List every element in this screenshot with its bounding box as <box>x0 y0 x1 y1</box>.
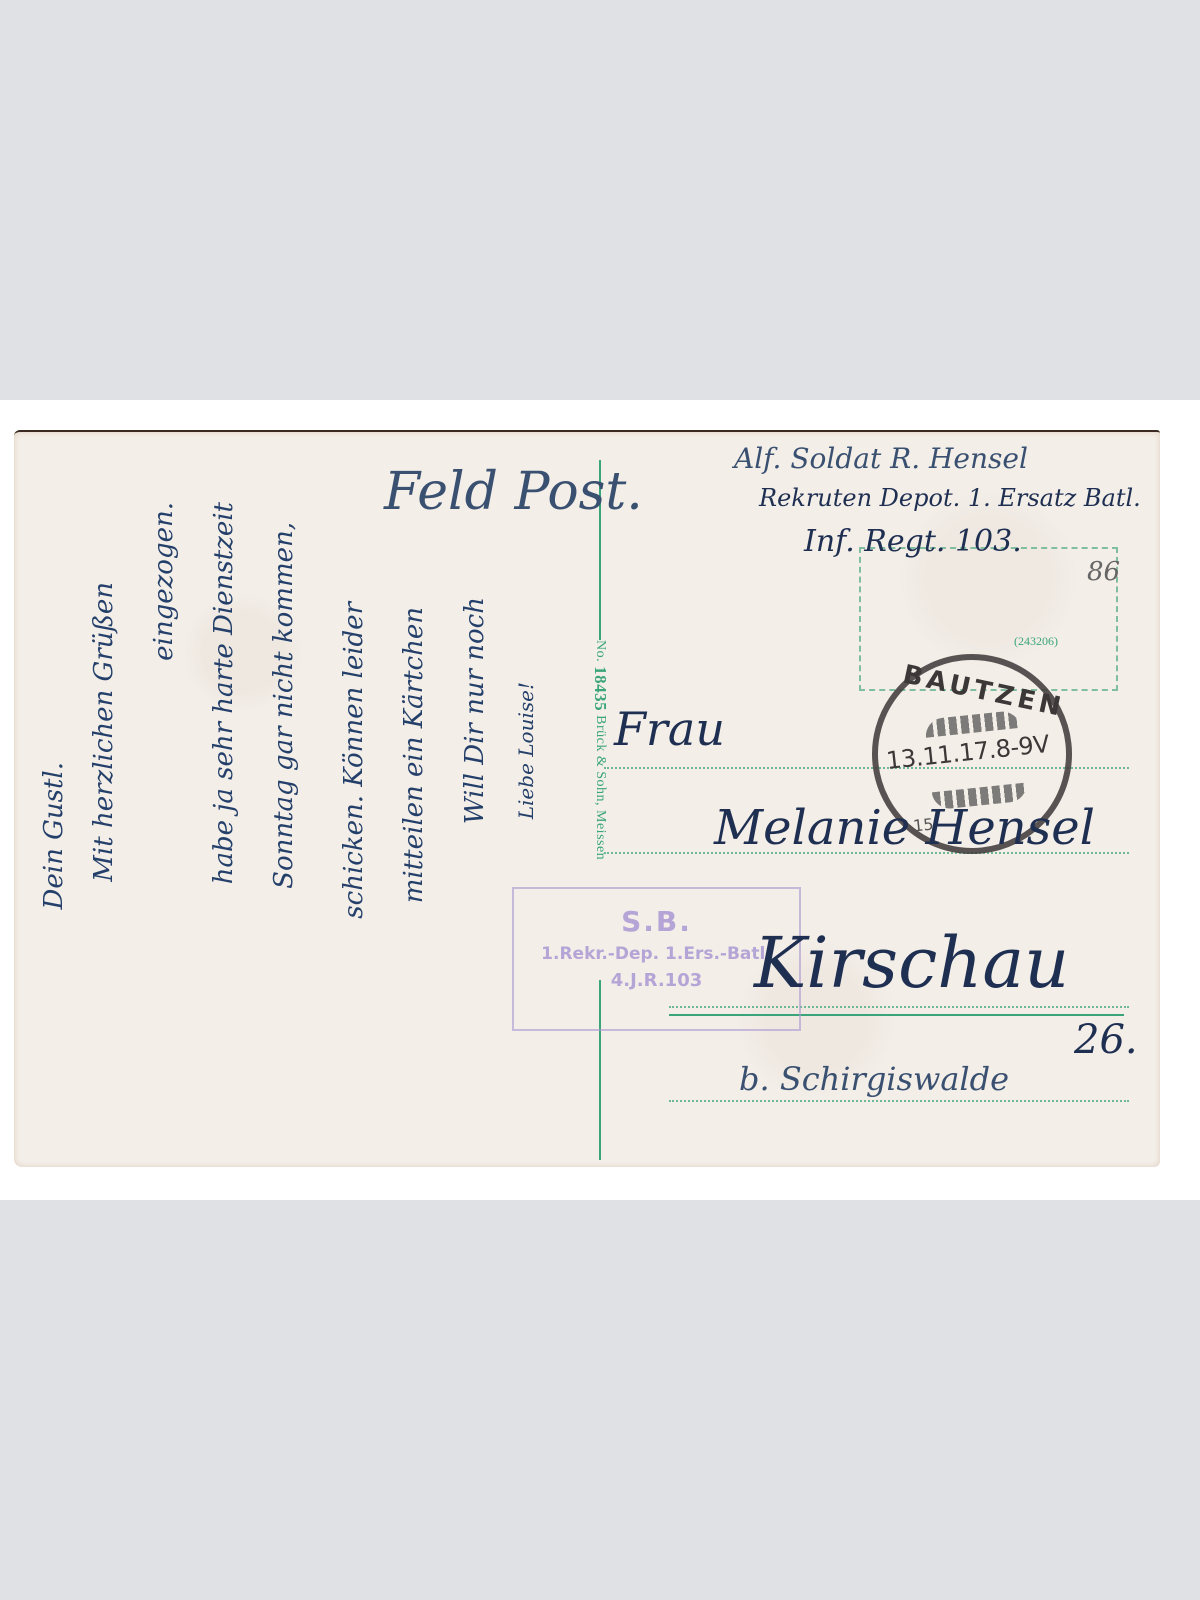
postcard: No. 18435 Brück & Sohn, Meissen (243206)… <box>14 430 1160 1167</box>
recipient-house-number: 26. <box>1074 1017 1138 1063</box>
message-column-4: schicken. Können leider <box>339 602 369 919</box>
pencil-note: 86 <box>1087 557 1120 587</box>
imprint-number-label: No. <box>593 640 608 662</box>
address-line-4 <box>669 1100 1129 1102</box>
sender-line-2: Rekruten Depot. 1. Ersatz Batl. <box>759 484 1141 512</box>
message-column-8: Mit herzlichen Grüßen <box>89 582 119 882</box>
postcard-image-frame: No. 18435 Brück & Sohn, Meissen (243206)… <box>0 400 1200 1200</box>
message-column-7: eingezogen. <box>149 502 179 661</box>
message-column-2: Will Dir nur noch <box>460 597 490 824</box>
recipient-name: Melanie Hensel <box>714 800 1095 856</box>
postmark-date: 13.11.17.8-9V <box>885 730 1051 775</box>
sender-line-1: Alf. Soldat R. Hensel <box>734 442 1028 475</box>
sender-line-3: Inf. Regt. 103. <box>804 524 1022 559</box>
feldpost-mark: Feld Post. <box>384 462 643 522</box>
message-column-1: Liebe Louise! <box>514 682 538 819</box>
recipient-salutation: Frau <box>614 702 725 756</box>
message-column-6: habe ja sehr harte Dienstzeit <box>209 502 239 884</box>
message-column-3: mitteilen ein Kärtchen <box>399 607 429 903</box>
imprint-publisher: Brück & Sohn, Meissen <box>593 715 608 860</box>
imprint-number: 18435 <box>591 666 610 711</box>
stamp-area-code: (243206) <box>1014 634 1058 649</box>
message-column-9: Dein Gustl. <box>39 762 69 909</box>
recipient-district: b. Schirgiswalde <box>739 1060 1009 1098</box>
recipient-town: Kirschau <box>754 922 1069 1004</box>
message-column-5: Sonntag gar nicht kommen, <box>269 522 299 889</box>
